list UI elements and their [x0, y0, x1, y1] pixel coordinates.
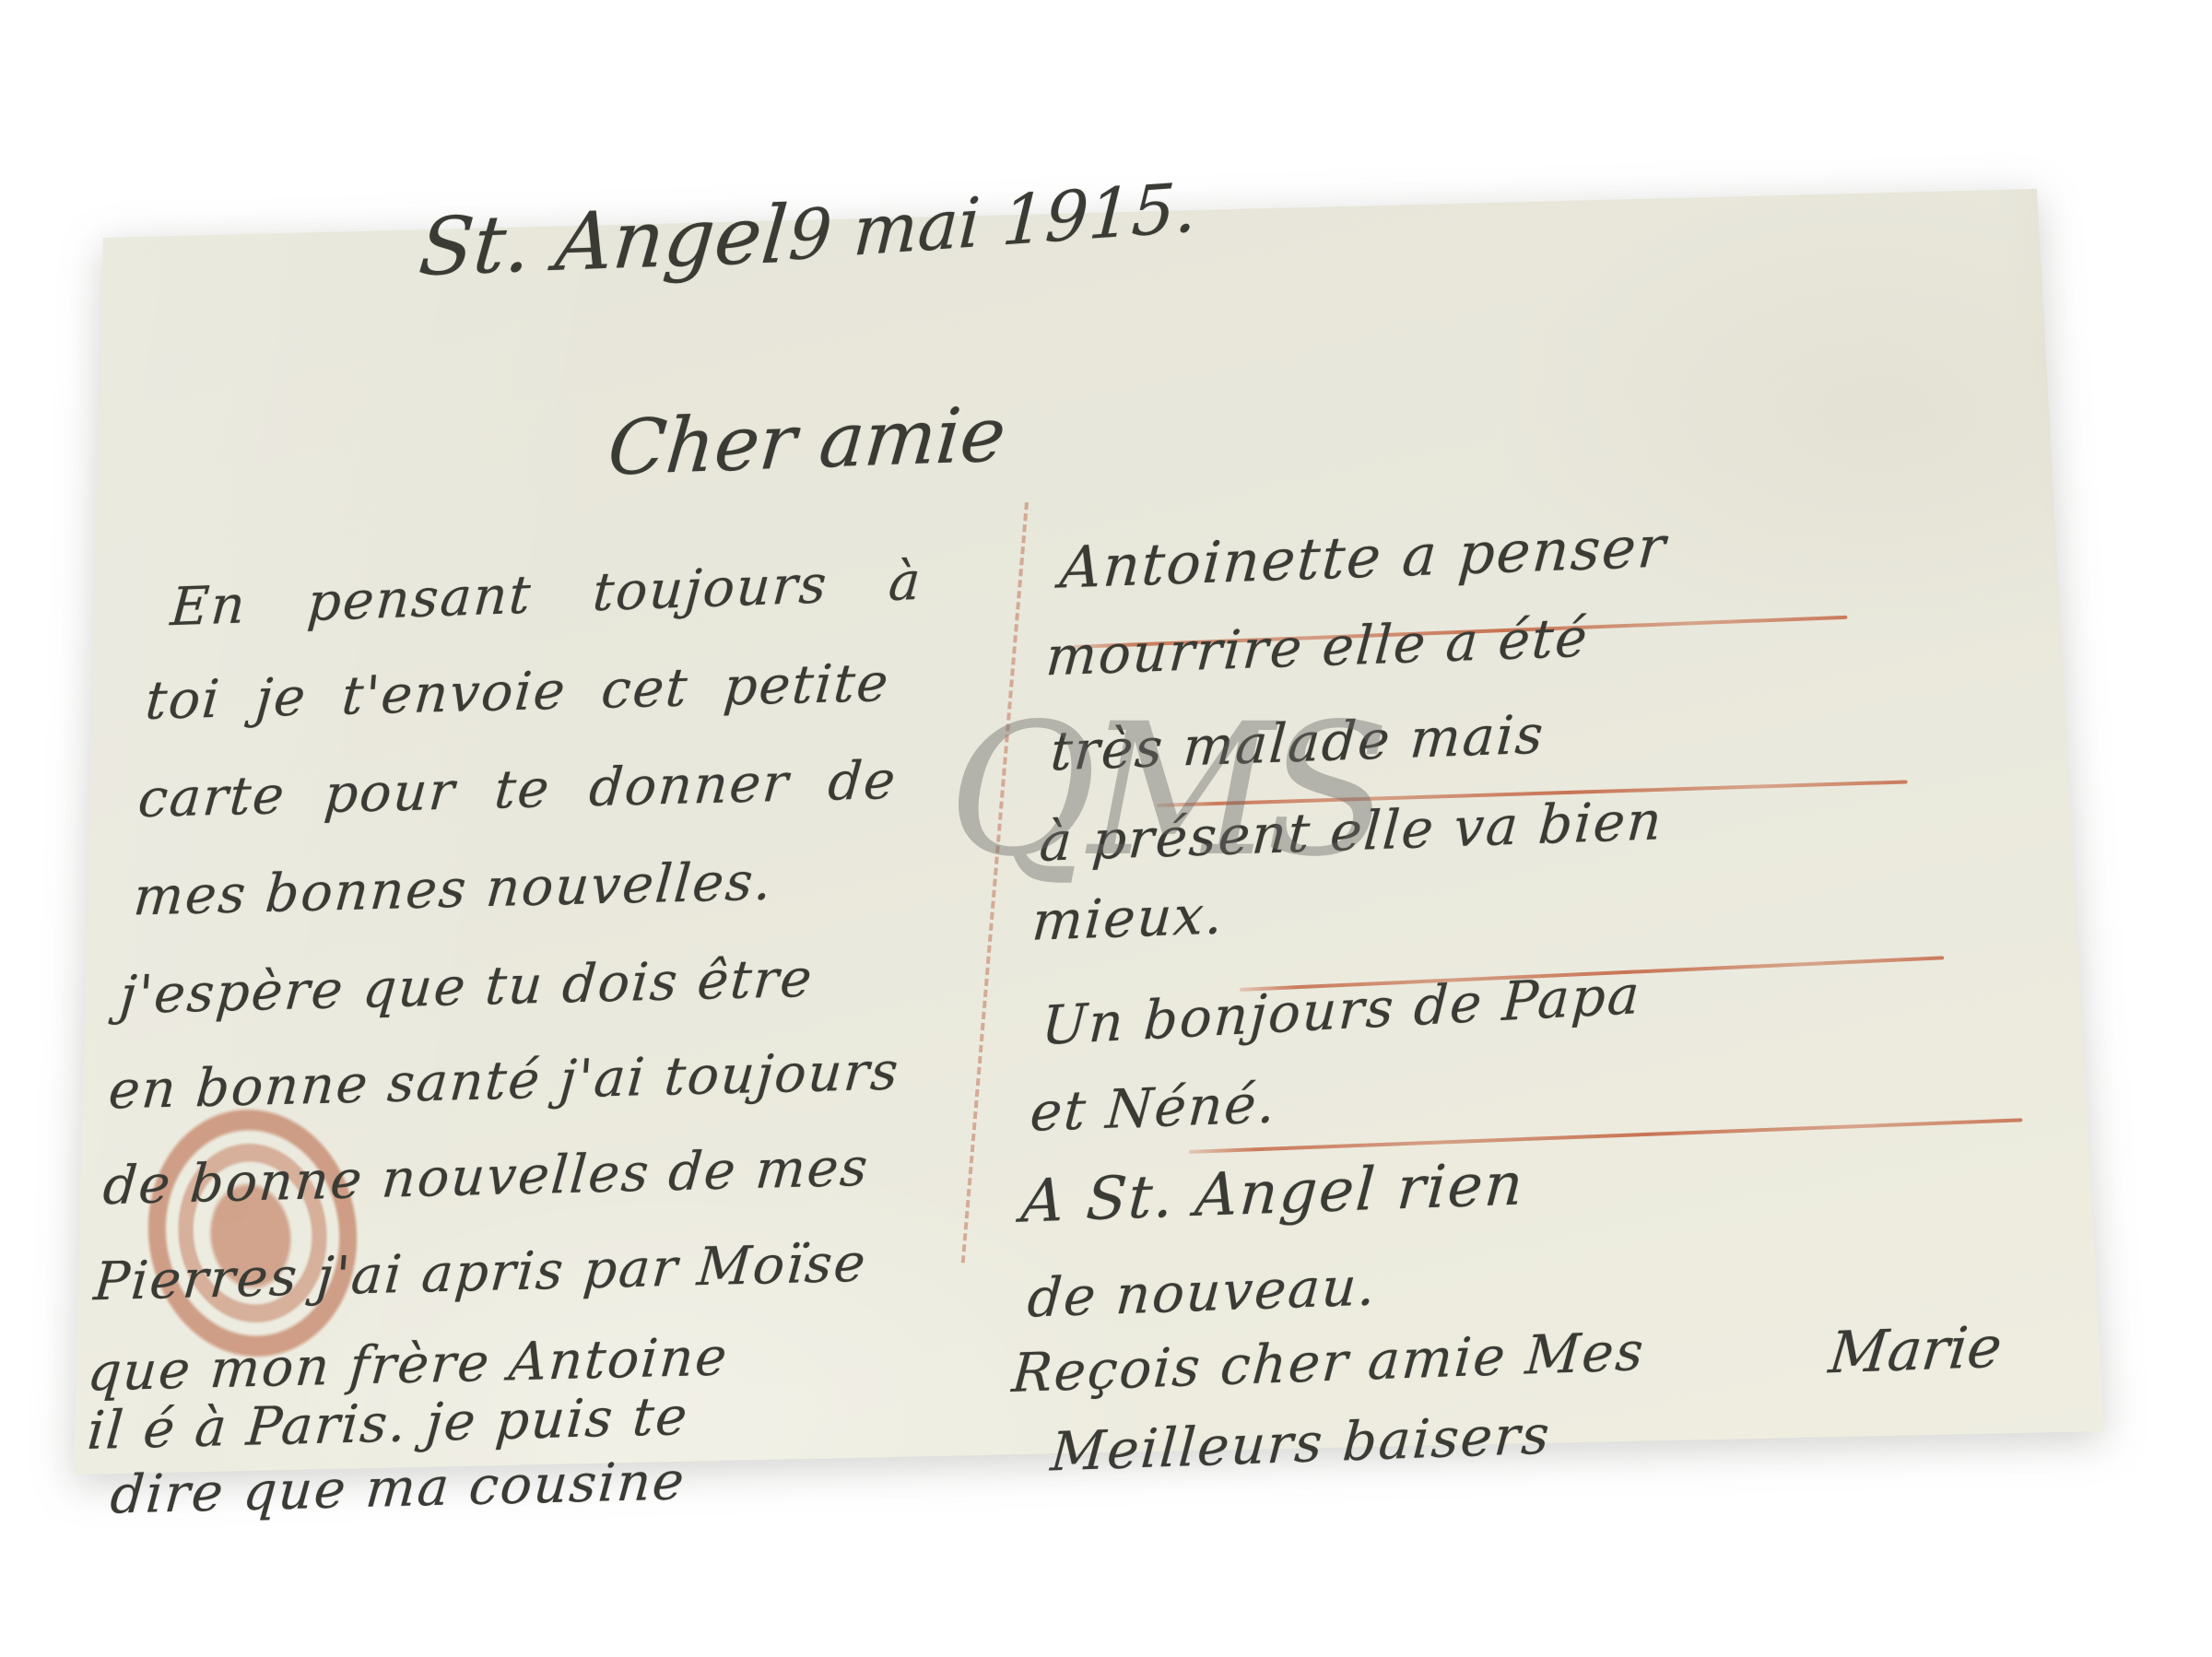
- right-column-line: mourrire elle a été: [1044, 606, 1591, 688]
- right-column-line: Reçois cher amie Mes: [1010, 1320, 1647, 1404]
- left-column-line: mes bonnes nouvelles.: [131, 851, 775, 927]
- left-column-line: En pensant toujours à: [169, 551, 924, 639]
- right-column-line: Antoinette a penser: [1058, 512, 1669, 601]
- handwriting-layer: St. Angel 9 mai 1915. Cher amie En pensa…: [0, 0, 2212, 1657]
- greeting: Cher amie: [605, 391, 1009, 492]
- signature: Marie: [1826, 1313, 2005, 1387]
- left-column-line: carte pour te donner de: [135, 750, 899, 829]
- right-column-line: mieux.: [1030, 883, 1227, 952]
- left-column-line: Pierres j'ai apris par Moïse: [91, 1233, 869, 1313]
- left-column-line: en bonne santé j'ai toujours: [106, 1040, 901, 1121]
- dateline-date: 9 mai 1915.: [786, 168, 1198, 276]
- left-column-line: dire que ma cousine: [108, 1451, 688, 1525]
- right-column-line: très malade mais: [1049, 703, 1547, 783]
- right-column-line: A St. Angel rien: [1019, 1150, 1527, 1236]
- left-column-line: toi je t'envoie cet petite: [143, 652, 891, 732]
- right-column-line: à présent elle va bien: [1038, 789, 1665, 874]
- photo-of-postcard: St. Angel 9 mai 1915. Cher amie En pensa…: [0, 0, 2212, 1657]
- right-column-line: Un bonjours de Papa: [1041, 963, 1643, 1057]
- dateline-place: St. Angel: [416, 189, 792, 294]
- right-column-line: et Néné.: [1029, 1072, 1279, 1144]
- left-column-line: j'espère que tu dois être: [117, 948, 816, 1027]
- left-column-line: de bonne nouvelles de mes: [100, 1137, 871, 1216]
- right-column-line: de nouveau.: [1026, 1254, 1380, 1329]
- right-column-line: Meilleurs baisers: [1049, 1403, 1553, 1483]
